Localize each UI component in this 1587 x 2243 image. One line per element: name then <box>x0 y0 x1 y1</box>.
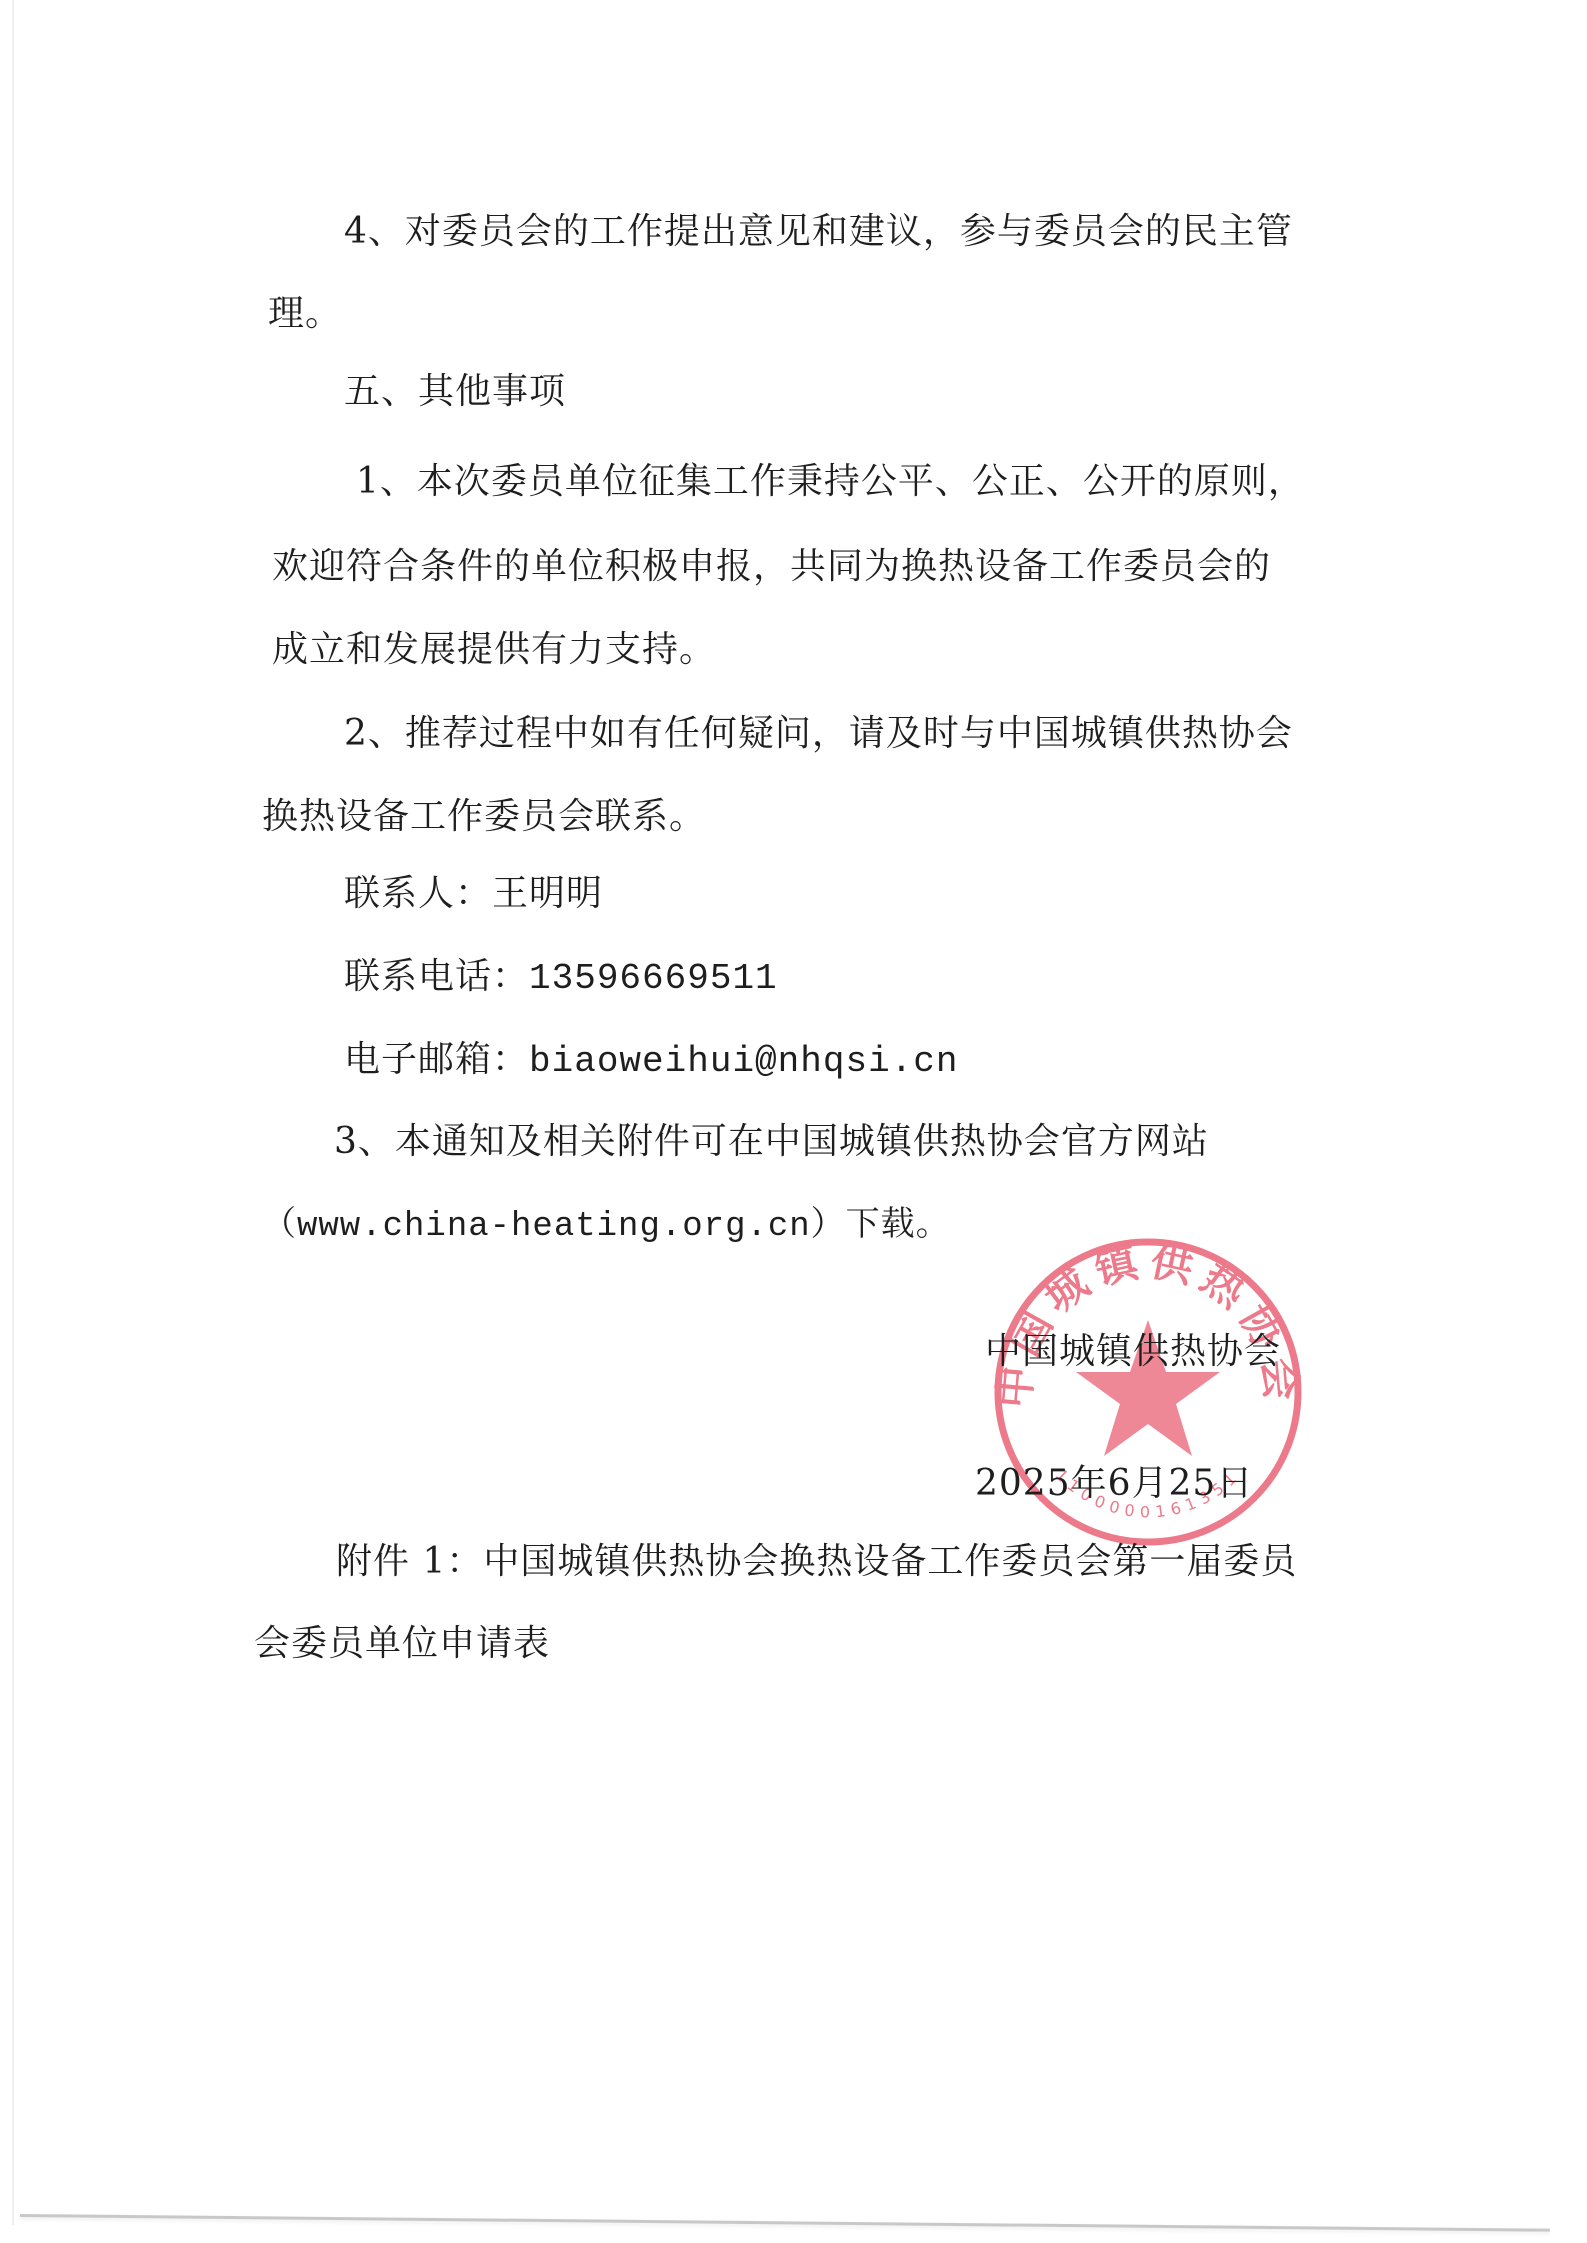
contact-email: biaoweihui@nhqsi.cn <box>529 1041 958 1082</box>
contact-person: 联系人：王明明 <box>344 872 603 916</box>
p1-line3: 成立和发展提供有力支持。 <box>272 628 716 672</box>
document-page: 4、对委员会的工作提出意见和建议，参与委员会的民主管 理。 五、其他事项 1、本… <box>0 0 1587 2243</box>
signature-date: 2025年6月25日 <box>975 1462 1253 1506</box>
contact-email-row: 电子邮箱：biaoweihui@nhqsi.cn <box>344 1038 958 1084</box>
seal-arc-text: 中国城镇供热协会 <box>989 1236 1306 1410</box>
p2-line1: 2、推荐过程中如有任何疑问，请及时与中国城镇供热协会 <box>344 712 1293 756</box>
item4-line2: 理。 <box>268 292 342 336</box>
page-bottom-edge <box>20 2214 1550 2232</box>
item4-line1: 4、对委员会的工作提出意见和建议，参与委员会的民主管 <box>344 210 1293 254</box>
p3-line2: （www.china-heating.org.cn）下载。 <box>262 1205 951 1249</box>
p2-line2: 换热设备工作委员会联系。 <box>262 795 706 839</box>
svg-text:中国城镇供热协会: 中国城镇供热协会 <box>989 1236 1306 1410</box>
attachment-line1: 附件 1：中国城镇供热协会换热设备工作委员会第一届委员 <box>336 1540 1297 1584</box>
p1-line2: 欢迎符合条件的单位积极申报，共同为换热设备工作委员会的 <box>272 545 1271 589</box>
contact-phone-label: 联系电话： <box>344 956 529 997</box>
contact-phone-row: 联系电话：13596669511 <box>344 955 778 1001</box>
attachment-line2: 会委员单位申请表 <box>254 1622 550 1666</box>
contact-email-label: 电子邮箱： <box>344 1039 529 1080</box>
section5-heading: 五、其他事项 <box>344 370 566 414</box>
signature-organization: 中国城镇供热协会 <box>985 1330 1281 1374</box>
p1-line1: 1、本次委员单位征集工作秉持公平、公正、公开的原则， <box>356 460 1305 504</box>
page-left-edge <box>12 0 14 2225</box>
p3-line1: 3、本通知及相关附件可在中国城镇供热协会官方网站 <box>334 1120 1209 1164</box>
contact-phone: 13596669511 <box>529 958 778 999</box>
